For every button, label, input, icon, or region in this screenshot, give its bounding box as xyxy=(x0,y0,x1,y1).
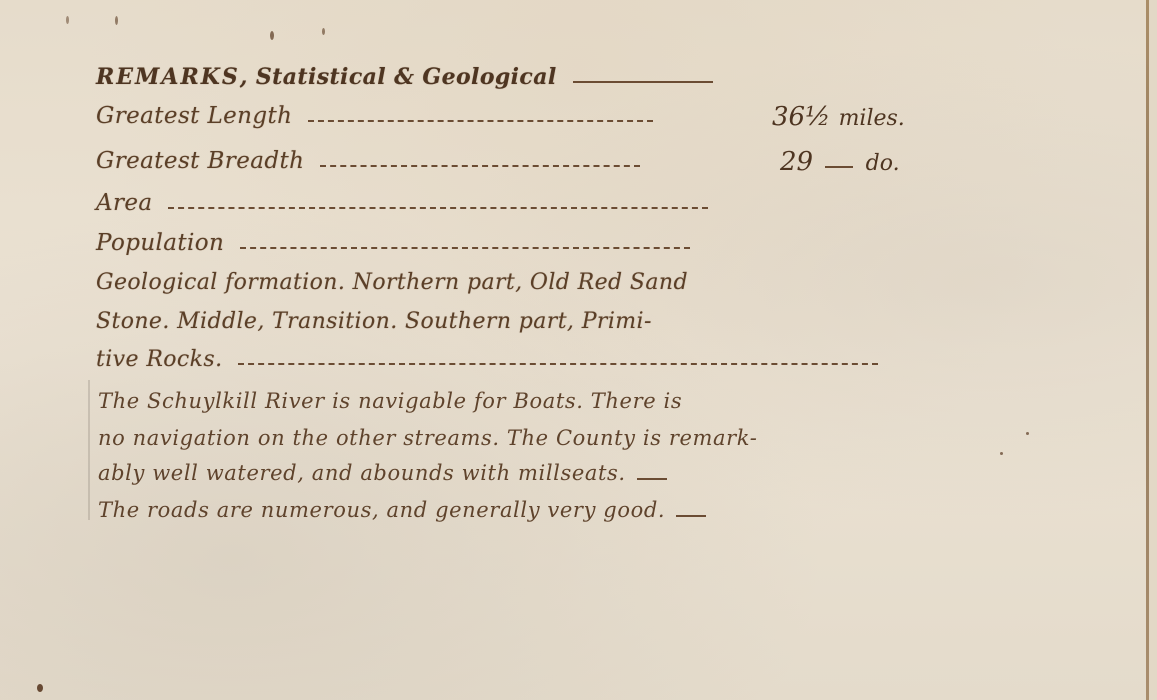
geology-line-2: Stone. Middle, Transition. Southern part… xyxy=(96,307,652,337)
stat-row-area: Area xyxy=(96,188,716,218)
geology-line-1: Geological formation. Northern part, Old… xyxy=(96,268,688,298)
stat-value: 29 xyxy=(780,147,813,177)
stat-unit: do. xyxy=(866,151,900,176)
ink-spot xyxy=(37,684,43,692)
notes-line-4: The roads are numerous, and generally ve… xyxy=(98,492,710,528)
stat-label: Greatest Breadth xyxy=(96,148,304,174)
geology-text: tive Rocks. xyxy=(96,347,222,372)
stat-label: Greatest Length xyxy=(96,103,292,129)
leader-line xyxy=(238,363,878,365)
notes-line-1: The Schuylkill River is navigable for Bo… xyxy=(98,383,682,419)
ink-spot xyxy=(270,31,274,40)
pasted-slip-edge xyxy=(88,380,90,520)
leader-line xyxy=(637,478,667,480)
ink-spot xyxy=(1000,452,1003,455)
stat-value-length: 36½ miles. xyxy=(772,102,905,132)
notes-text: The Schuylkill River is navigable for Bo… xyxy=(98,389,682,413)
stat-row-population: Population xyxy=(96,228,698,258)
stat-row-length: Greatest Length xyxy=(96,101,661,131)
heading-caps: REMARKS xyxy=(96,64,240,90)
leader-line xyxy=(320,165,640,167)
stat-label: Area xyxy=(96,190,153,216)
notes-line-2: no navigation on the other streams. The … xyxy=(98,420,757,456)
leader-line xyxy=(168,207,708,209)
stat-value: 36½ xyxy=(772,102,830,132)
ink-spot xyxy=(115,16,118,25)
geology-line-3: tive Rocks. xyxy=(96,345,886,375)
leader-line xyxy=(240,247,690,249)
leader-line xyxy=(308,120,653,122)
stat-label: Population xyxy=(96,230,224,256)
leader-line xyxy=(573,81,713,83)
ink-spot xyxy=(1026,432,1029,435)
notes-line-3: ably well watered, and abounds with mill… xyxy=(98,455,671,491)
geology-text: Stone. Middle, Transition. Southern part… xyxy=(96,309,652,334)
notes-text: no navigation on the other streams. The … xyxy=(98,426,757,450)
ink-spot xyxy=(66,16,69,24)
leader-line xyxy=(676,515,706,517)
stat-unit: miles. xyxy=(839,106,905,131)
stat-value-breadth: 29 do. xyxy=(780,147,900,177)
page-edge xyxy=(1149,0,1157,700)
leader-line xyxy=(825,166,853,168)
geology-text: Geological formation. Northern part, Old… xyxy=(96,270,688,295)
notes-text: ably well watered, and abounds with mill… xyxy=(98,461,626,485)
remarks-heading: REMARKS, Statistical & Geological xyxy=(96,62,721,92)
ink-spot xyxy=(322,28,325,35)
stat-row-breadth: Greatest Breadth xyxy=(96,146,648,176)
heading-rest: , Statistical & Geological xyxy=(240,64,557,90)
notes-text: The roads are numerous, and generally ve… xyxy=(98,498,665,522)
manuscript-page: REMARKS, Statistical & Geological Greate… xyxy=(0,0,1157,700)
